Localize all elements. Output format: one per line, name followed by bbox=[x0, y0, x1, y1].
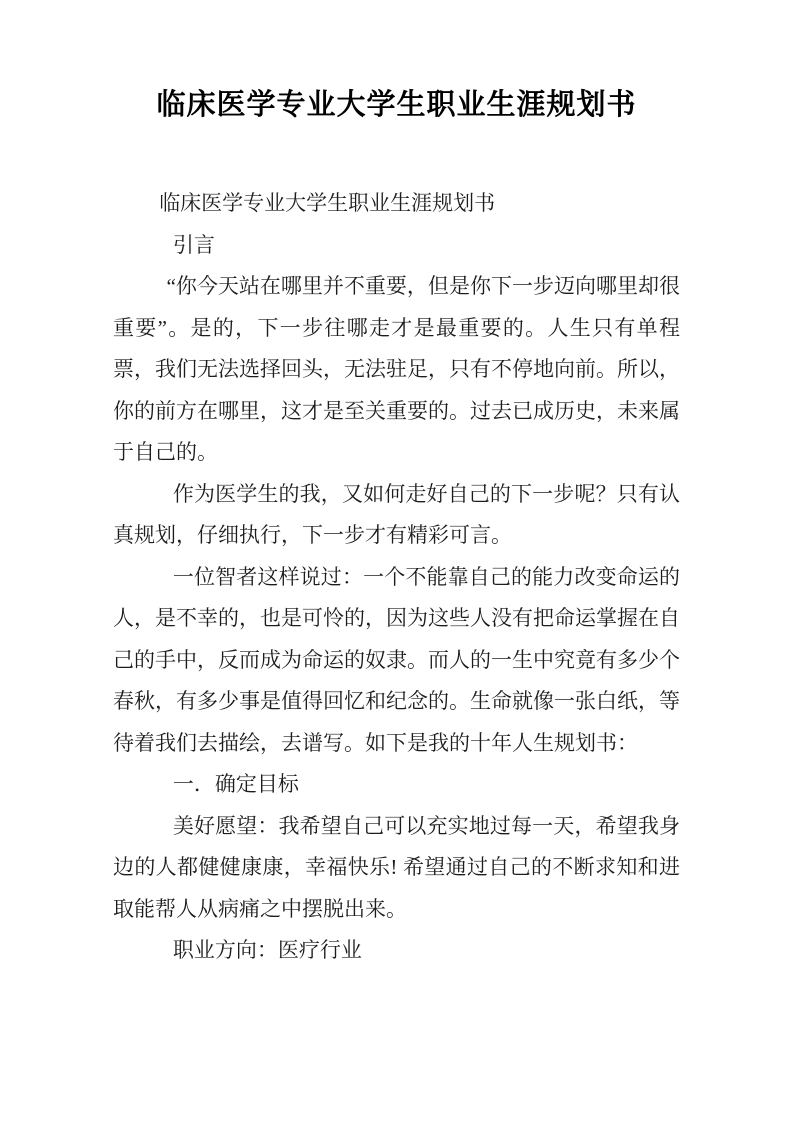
paragraph-wise-man: 一位智者这样说过：一个不能靠自己的能力改变命运的人，是不幸的，也是可怜的，因为这… bbox=[113, 557, 680, 765]
paragraph-as-medical-student: 作为医学生的我，又如何走好自己的下一步呢？只有认真规划，仔细执行，下一步才有精彩… bbox=[113, 474, 680, 557]
paragraph-quote: “你今天站在哪里并不重要，但是你下一步迈向哪里却很重要”。是的，下一步往哪走才是… bbox=[113, 266, 680, 474]
paragraph-intro-heading: 引言 bbox=[113, 225, 680, 267]
paragraph-section-1-heading: 一．确定目标 bbox=[113, 764, 680, 806]
document-page: 临床医学专业大学生职业生涯规划书 临床医学专业大学生职业生涯规划书 引言 “你今… bbox=[0, 0, 793, 1122]
paragraph-career-direction: 职业方向：医疗行业 bbox=[113, 930, 680, 972]
paragraph-wishes: 美好愿望：我希望自己可以充实地过每一天，希望我身边的人都健健康康，幸福快乐! 希… bbox=[113, 806, 680, 931]
document-title: 临床医学专业大学生职业生涯规划书 bbox=[0, 0, 793, 124]
document-body: 临床医学专业大学生职业生涯规划书 引言 “你今天站在哪里并不重要，但是你下一步迈… bbox=[113, 183, 680, 972]
paragraph-subtitle: 临床医学专业大学生职业生涯规划书 bbox=[113, 183, 680, 225]
